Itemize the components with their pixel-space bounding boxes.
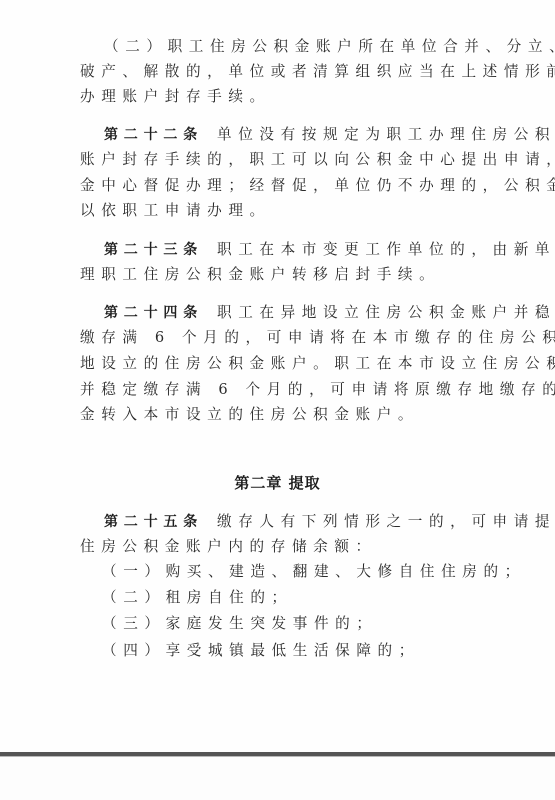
list-item: （四）享受城镇最低生活保障的；: [102, 640, 497, 662]
article-22-first-line: 第二十二条单位没有按规定为职工办理住房公积金: [104, 124, 499, 146]
paragraph-line: 破产、解散的，单位或者清算组织应当在上述情形前为职工: [80, 61, 475, 83]
list-item: （一）购买、建造、翻建、大修自住住房的；: [102, 561, 497, 583]
list-item: （三）家庭发生突发事件的；: [102, 613, 497, 635]
article-number: 第二十五条: [104, 514, 203, 530]
paragraph-line: 理职工住房公积金账户转移启封手续。: [80, 264, 475, 286]
article-text: 职工在本市变更工作单位的，由新单位办: [217, 241, 555, 258]
article-number: 第二十三条: [104, 242, 203, 258]
article-23-first-line: 第二十三条职工在本市变更工作单位的，由新单位办: [104, 239, 499, 261]
paragraph-line: 缴存满 6 个月的，可申请将在本市缴存的住房公积金转至异: [80, 327, 475, 349]
next-page-area: [0, 757, 555, 800]
article-text: 单位没有按规定为职工办理住房公积金: [217, 126, 555, 143]
document-page: （二）职工住房公积金账户所在单位合并、分立、撤销、 破产、解散的，单位或者清算组…: [0, 0, 555, 752]
paragraph-line: 金中心督促办理；经督促，单位仍不办理的，公积金中心可: [80, 175, 475, 197]
paragraph-line: 并稳定缴存满 6 个月的，可申请将原缴存地缴存的住房公积: [80, 379, 475, 401]
paragraph-line: 账户封存手续的，职工可以向公积金中心提出申请，由公积: [80, 149, 475, 171]
paragraph-line: 金转入本市设立的住房公积金账户。: [80, 404, 475, 426]
article-25-first-line: 第二十五条缴存人有下列情形之一的，可申请提取其: [104, 511, 499, 533]
paragraph-line: 住房公积金账户内的存储余额：: [80, 536, 475, 558]
article-number: 第二十四条: [104, 305, 203, 321]
chapter-heading: 第二章 提取: [0, 472, 555, 494]
article-24-first-line: 第二十四条职工在异地设立住房公积金账户并稳定: [104, 302, 499, 324]
article-text: 缴存人有下列情形之一的，可申请提取其: [217, 513, 555, 530]
paragraph-line: （二）职工住房公积金账户所在单位合并、分立、撤销、: [104, 36, 499, 58]
paragraph-line: 地设立的住房公积金账户。职工在本市设立住房公积金账户: [80, 353, 475, 375]
paragraph-line: 办理账户封存手续。: [80, 86, 475, 108]
paragraph-line: 以依职工申请办理。: [80, 200, 475, 222]
list-item: （二）租房自住的；: [102, 587, 497, 609]
article-text: 职工在异地设立住房公积金账户并稳定: [217, 304, 555, 321]
article-number: 第二十二条: [104, 127, 203, 143]
